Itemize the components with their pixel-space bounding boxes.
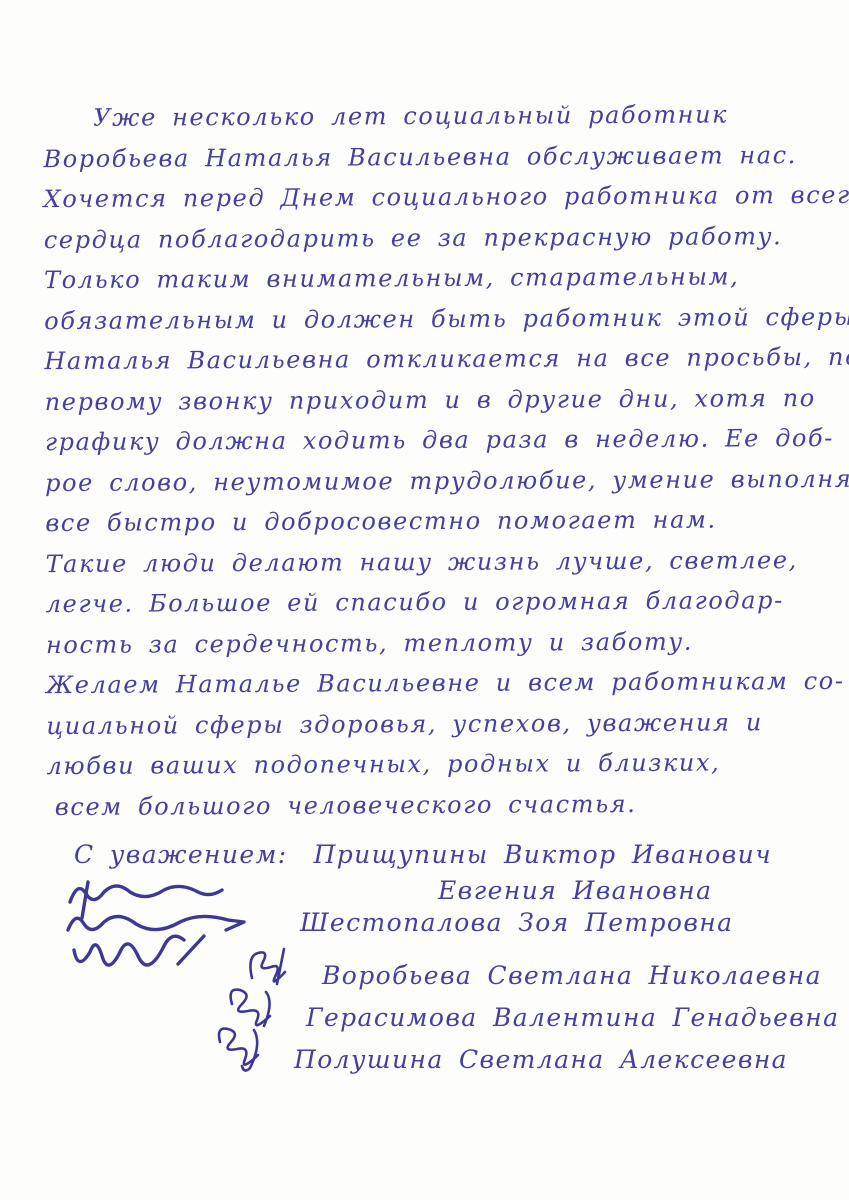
signatory-line: Евгения Ивановна: [438, 876, 712, 905]
closing-block: С уважением: Прищупины Виктор Иванович Е…: [0, 0, 849, 1200]
closing-salutation: С уважением:: [74, 840, 288, 869]
signatory-name: Евгения Ивановна: [438, 876, 712, 905]
signature-scribble: [212, 1022, 268, 1074]
signatory-name: Прищупины Виктор Иванович: [314, 840, 773, 869]
scanned-letter-page: Уже несколько лет социальный работник Во…: [0, 0, 849, 1200]
signatory-line: Шестопалова Зоя Петровна: [300, 908, 733, 937]
signature-scribble: [58, 872, 288, 986]
closing-salutation-line: С уважением: Прищупины Виктор Иванович: [74, 840, 772, 869]
signatory-line: Полушина Светлана Алексеевна: [212, 1022, 788, 1074]
signatory-name: Шестопалова Зоя Петровна: [300, 908, 733, 937]
signatory-name: Полушина Светлана Алексеевна: [294, 1045, 788, 1074]
